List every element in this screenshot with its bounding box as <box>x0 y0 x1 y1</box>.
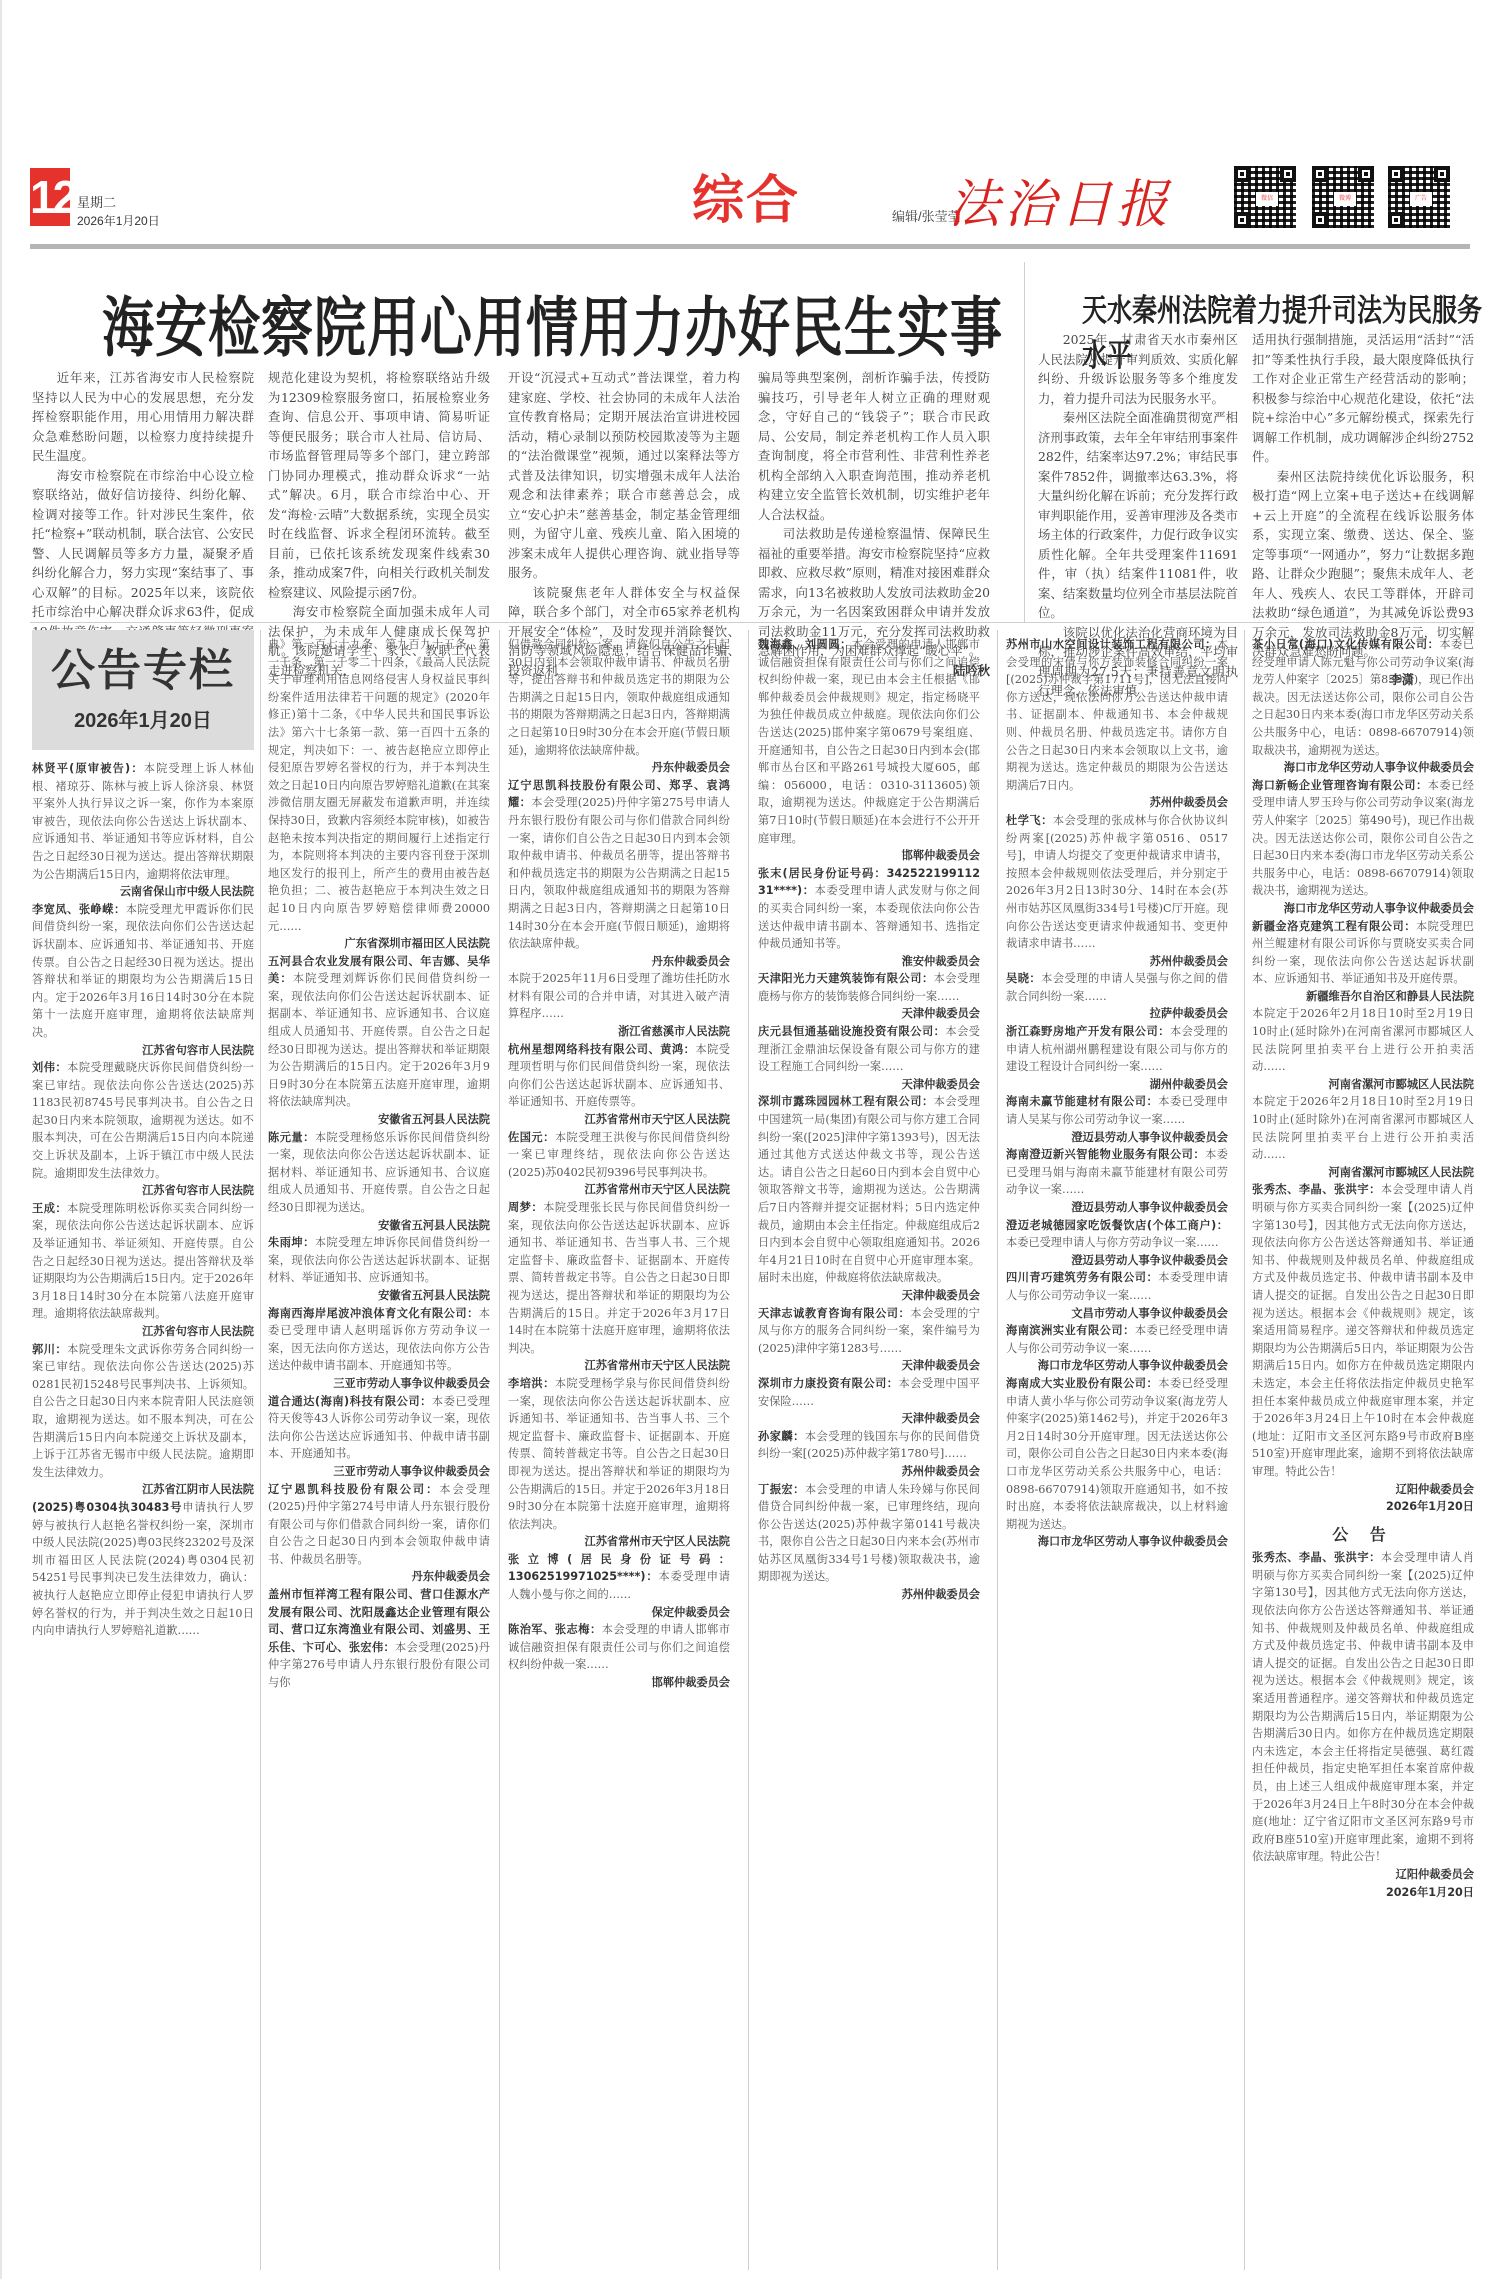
notice-item: 公 告张秀杰、李晶、张洪宇：本会受理申请人肖明硕与你方买卖合同纠纷一案【(202… <box>1252 1526 1474 1901</box>
notice-item: 本院定于2026年2月18日10时至2月19日10时止(延时除外)在河南省漯河市… <box>1252 1093 1474 1181</box>
notice-item: 深圳市露珠园园林工程有限公司：本会受理中国建筑一局(集团)有限公司与你方建工合同… <box>758 1093 980 1304</box>
notice-item: 海南未赢节能建材有限公司：本委已受理申请人吴某与你公司劳动争议一案……澄迈县劳动… <box>1006 1093 1228 1146</box>
notice-item: 张立博(居民身份证号码：13062519971025****)：本委受理申请人魏… <box>508 1551 730 1621</box>
notice-signer: 保定仲裁委员会 <box>508 1604 730 1622</box>
notice-item: 海南澄迈新兴智能物业服务有限公司：本委已受理马娟与海南未赢节能建材有限公司劳动争… <box>1006 1146 1228 1216</box>
notice-item: 李宽凤、张峥嵘：本院受理尤甲霞诉你们民间借贷纠纷一案，现依法向你们公告送达起诉状… <box>32 901 254 1059</box>
notice-addressee: 郭川： <box>32 1343 67 1356</box>
notice-signer: 江苏省句容市人民法院 <box>32 1323 254 1341</box>
notice-item: 周梦：本院受理张长民与你民间借贷纠纷一案，现依法向你公告送达起诉状副本、应诉通知… <box>508 1199 730 1375</box>
notice-signer: 海口市龙华区劳动人事争议仲裁委员会 <box>1006 1533 1228 1551</box>
notice-signer: 江苏省常州市天宁区人民法院 <box>508 1533 730 1551</box>
notice-column: 们借款合同纠纷一案，请你们自公告之日起30日内到本会领取仲裁申请书、仲裁员名册等… <box>508 636 730 1692</box>
notice-addressee: 林贤平(原审被告)： <box>32 762 144 775</box>
notice-body: 本院定于2026年2月18日10时至2月19日10时止(延时除外)在河南省漯河市… <box>1252 1007 1474 1073</box>
notice-signer: 安徽省五河县人民法院 <box>268 1287 490 1305</box>
notice-date: 2026年1月20日 <box>1252 1498 1474 1516</box>
notice-signer: 江苏省常州市天宁区人民法院 <box>508 1111 730 1129</box>
paragraph: 秦州区法院持续优化诉讼服务，积极打造“网上立案+电子送达+在线调解+云上开庭”的… <box>1252 467 1474 662</box>
paragraph: 近年来，江苏省海安市人民检察院坚持以人民为中心的发展思想，充分发挥检察职能作用，… <box>32 368 254 466</box>
notice-body: 本会受理的申请人朱玲娣与你民间借贷合同纠纷仲裁一案，已审理终结，现向你公告送达(… <box>758 1483 980 1584</box>
section-divider <box>30 622 1474 623</box>
notice-item: (2025)粤0304执30483号申请执行人罗婷与被执行人赵艳名誉权纠纷一案，… <box>32 1499 254 1640</box>
paragraph: 规范化建设为契机，将检察联络站升级为12309检察服务窗口，拓展检察业务查询、信… <box>268 368 490 602</box>
notice-signer: 广东省深圳市福田区人民法院 <box>268 935 490 953</box>
notice-body: 本院受理戴晓庆诉你民间借贷纠纷一案已审结。现依法向你公告送达(2025)苏118… <box>32 1061 254 1180</box>
notice-item: 魏海鑫、刘圆圆：本会受理的申请人邯郸市诚信融资担保有限责任公司与你们之间追偿权纠… <box>758 636 980 865</box>
notice-signer: 辽阳仲裁委员会 <box>1252 1866 1474 1884</box>
notice-signer: 苏州仲裁委员会 <box>1006 953 1228 971</box>
notice-body: 本院受理刘辉诉你们民间借贷纠纷一案，现依法向你们公告送达起诉状副本、证据副本、举… <box>268 972 490 1108</box>
notice-item: 五河县合农业发展有限公司、年吉娜、吴华美：本院受理刘辉诉你们民间借贷纠纷一案，现… <box>268 953 490 1129</box>
notice-body: 本会受理中国建筑一局(集团)有限公司与你方建工合同纠纷一案([2025]津仲字第… <box>758 1095 980 1284</box>
notice-signer: 文昌市劳动人事争议仲裁委员会 <box>1006 1305 1228 1323</box>
notice-body: 本院定于2026年2月18日10时至2月19日10时止(延时除外)在河南省漯河市… <box>1252 1095 1474 1161</box>
notice-addressee: 辽宁恩凯科技股份有限公司： <box>268 1483 439 1496</box>
notice-body: 本院受理杨学泉与你民间借贷纠纷一案，现依法向你公告送达起诉状副本、应诉通知书、举… <box>508 1377 730 1531</box>
section-title: 综合 <box>692 158 800 233</box>
notice-item: 杭州星想网络科技有限公司、黄鸿：本院受理项哲明与你们民间借贷纠纷一案，现依法向你… <box>508 1041 730 1129</box>
announcement-date: 2026年1月20日 <box>32 704 254 733</box>
notice-signer: 丹东仲裁委员会 <box>268 1568 490 1586</box>
notice-signer: 河南省漯河市郾城区人民法院 <box>1252 1076 1474 1094</box>
notice-item: 们借款合同纠纷一案，请你们自公告之日起30日内到本会领取仲裁申请书、仲裁员名册等… <box>508 636 730 777</box>
main-article-col-4: 骗局等典型案例，剖析诈骗手法，传授防骗技巧，引导老年人树立正确的理财观念，守好自… <box>758 368 990 680</box>
notice-addressee: 李培洪： <box>508 1377 555 1390</box>
notice-addressee: 深圳市力康投资有限公司： <box>758 1377 899 1390</box>
notice-body: 本院于2025年11月6日受理了潍坊佳托防水材料有限公司的合并申请，对其进入破产… <box>508 972 730 1020</box>
notice-signer: 天津仲裁委员会 <box>758 1076 980 1094</box>
qr-label: 广告 <box>1410 192 1432 206</box>
notice-addressee: 四川青巧建筑劳务有限公司： <box>1006 1271 1158 1284</box>
notice-item: 庆元县恒通基础设施投资有限公司：本会受理浙江金鼎油坛保设备有限公司与你方的建设工… <box>758 1023 980 1093</box>
notice-signer: 浙江省慈溪市人民法院 <box>508 1023 730 1041</box>
notice-signer: 苏州仲裁委员会 <box>758 1586 980 1604</box>
notice-item: 苏州市山水空间设计装饰工程有限公司：本会受理的宋倩与你方装饰装修合同纠纷一案[(… <box>1006 636 1228 812</box>
notice-item: 盖州市恒祥湾工程有限公司、营口佳源水产发展有限公司、沈阳晟鑫达企业管理有限公司、… <box>268 1586 490 1692</box>
notice-item: 林贤平(原审被告)：本院受理上诉人林仙根、褚琼芬、陈林与被上诉人徐济泉、林贤平案… <box>32 760 254 901</box>
notice-addressee: 海南西海岸尾波冲浪体育文化有限公司： <box>268 1307 479 1320</box>
masthead-logo: 法治日报 <box>948 162 1172 237</box>
qr-label: 微信 <box>1256 192 1278 206</box>
notice-signer: 邯郸仲裁委员会 <box>758 847 980 865</box>
qr-code-icon[interactable]: 微博 <box>1310 164 1376 230</box>
notice-item: 郭川：本院受理朱文武诉你劳务合同纠纷一案已审结。现依法向你公告送达(2025)苏… <box>32 1341 254 1499</box>
notice-addressee: 海南滨洲实业有限公司： <box>1006 1324 1135 1337</box>
column-divider <box>260 630 261 2270</box>
notice-date: 2026年1月20日 <box>1252 1884 1474 1902</box>
notice-body: 本委已经受理申请人陈元魁与你公司劳动争议案(海龙劳人仲案字〔2025〕第859号… <box>1252 638 1474 757</box>
notice-item: 海南西海岸尾波冲浪体育文化有限公司：本委已受理申请人赵明瑶诉你方劳动争议一案，因… <box>268 1305 490 1393</box>
notice-addressee: 茶小日常(海口)文化传媒有限公司： <box>1252 638 1439 651</box>
main-headline: 海安检察院用心用情用力办好民生实事 <box>102 275 1003 369</box>
notice-item: 澄迈老城德园家吃饭餐饮店(个体工商户)：本委已受理申请人与你方劳动争议一案……澄… <box>1006 1217 1228 1270</box>
notice-addressee: 陈治军、张志梅： <box>508 1623 602 1636</box>
notice-addressee: 海南未赢节能建材有限公司： <box>1006 1095 1158 1108</box>
notice-item: 辽宁思凯科技股份有限公司、郑孚、袁鸿耀：本会受理(2025)丹仲字第275号申请… <box>508 777 730 971</box>
notice-item: 陈治军、张志梅：本会受理的申请人邯郸市诚信融资担保有限责任公司与你们之间追偿权纠… <box>508 1621 730 1691</box>
notice-signer: 河南省漯河市郾城区人民法院 <box>1252 1164 1474 1182</box>
notice-item: 茶小日常(海口)文化传媒有限公司：本委已经受理申请人陈元魁与你公司劳动争议案(海… <box>1252 636 1474 777</box>
main-article-col-2: 规范化建设为契机，将检察联络站升级为12309检察服务窗口，拓展检察业务查询、信… <box>268 368 490 680</box>
notice-signer: 天津仲裁委员会 <box>758 1287 980 1305</box>
announcement-column-header: 公告专栏 2026年1月20日 <box>32 630 254 750</box>
notice-signer: 澄迈县劳动人事争议仲裁委员会 <box>1006 1252 1228 1270</box>
column-divider <box>1244 630 1245 2270</box>
notice-addressee: 丁振宏： <box>758 1483 805 1496</box>
notice-signer: 丹东仲裁委员会 <box>508 759 730 777</box>
notice-addressee: 道合通达(海南)科技有限公司： <box>268 1395 432 1408</box>
notice-signer: 天津仲裁委员会 <box>758 1410 980 1428</box>
notice-item: 本院定于2026年2月18日10时至2月19日10时止(延时除外)在河南省漯河市… <box>1252 1005 1474 1093</box>
notice-addressee: 张秀杰、李晶、张洪宇： <box>1252 1551 1381 1564</box>
column-divider <box>499 630 500 2270</box>
weekday: 星期二 <box>77 192 116 211</box>
notice-body: 申请执行人罗婷与被执行人赵艳名誉权纠纷一案，深圳市中级人民法院(2025)粤03… <box>32 1501 254 1637</box>
notice-item: 道合通达(海南)科技有限公司：本委已受理符天俊等43人诉你公司劳动争议一案，现依… <box>268 1393 490 1481</box>
notice-signer: 湖州仲裁委员会 <box>1006 1076 1228 1094</box>
notice-signer: 江苏省句容市人民法院 <box>32 1042 254 1060</box>
notice-item: 佐国元：本院受理王洪俊与你民间借贷纠纷一案已审理终结，现依法向你公告送达(202… <box>508 1129 730 1199</box>
notice-addressee: 王成： <box>32 1202 67 1215</box>
notice-addressee: 浙江森野房地产开发有限公司： <box>1006 1025 1170 1038</box>
notice-signer: 苏州仲裁委员会 <box>1006 794 1228 812</box>
column-divider <box>997 630 998 2270</box>
notice-item: 吴晓：本会受理的申请人吴强与你之间的借款合同纠纷一案……拉萨仲裁委员会 <box>1006 970 1228 1023</box>
notice-addressee: 苏州市山水空间设计装饰工程有限公司： <box>1006 638 1217 651</box>
paragraph: 开设“沉浸式+互动式”普法课堂，着力构建家庭、学校、社会协同的未成年人法治宣传教… <box>508 368 740 583</box>
notice-addressee: 澄迈老城德园家吃饭餐饮店(个体工商户)： <box>1006 1219 1228 1232</box>
page-number: 12 <box>30 168 70 226</box>
notice-item: 海南成大实业股份有限公司：本委已经受理申请人黄小华与你公司劳动争议案(海龙劳人仲… <box>1006 1375 1228 1551</box>
notice-signer: 安徽省五河县人民法院 <box>268 1217 490 1235</box>
qr-label: 微博 <box>1334 192 1356 206</box>
notice-addressee: 天津志诚教育咨询有限公司： <box>758 1307 910 1320</box>
qr-code-icon[interactable]: 微信 <box>1232 164 1298 230</box>
notice-addressee: 佐国元： <box>508 1131 555 1144</box>
main-article-col-3: 开设“沉浸式+互动式”普法课堂，着力构建家庭、学校、社会协同的未成年人法治宣传教… <box>508 368 740 680</box>
notice-signer: 三亚市劳动人事争议仲裁委员会 <box>268 1375 490 1393</box>
notice-signer: 江苏省江阴市人民法院 <box>32 1481 254 1499</box>
notice-signer: 拉萨仲裁委员会 <box>1006 1005 1228 1023</box>
notice-addressee: 天津阳光力天建筑装饰有限公司： <box>758 972 934 985</box>
notice-body: 们借款合同纠纷一案，请你们自公告之日起30日内到本会领取仲裁申请书、仲裁员名册等… <box>508 638 730 757</box>
notice-item: 本院于2025年11月6日受理了潍坊佳托防水材料有限公司的合并申请，对其进入破产… <box>508 970 730 1040</box>
notice-addressee: 庆元县恒通基础设施投资有限公司： <box>758 1025 945 1038</box>
notice-item: 辽宁恩凯科技股份有限公司：本会受理(2025)丹仲字第274号申请人丹东银行股份… <box>268 1481 490 1587</box>
notice-addressee: (2025)粤0304执30483号 <box>32 1501 182 1514</box>
notice-addressee: 海口新畅企业管理咨询有限公司： <box>1252 779 1428 792</box>
notice-signer: 淮安仲裁委员会 <box>758 953 980 971</box>
qr-code-icon[interactable]: 广告 <box>1386 164 1452 230</box>
notice-addressee: 杭州星想网络科技有限公司、黄鸿： <box>508 1043 695 1056</box>
notice-item: 新疆金洛克建筑工程有限公司：本院受理巴州兰鲲建材有限公司诉你与贾晓安买卖合同纠纷… <box>1252 918 1474 1006</box>
paragraph: 适用执行强制措施，灵活运用“活封”“活扣”等柔性执行手段，最大限度降低执行工作对… <box>1252 330 1474 467</box>
notice-addressee: 新疆金洛克建筑工程有限公司： <box>1252 920 1416 933</box>
paragraph: 秦州区法院全面准确贯彻宽严相济刑事政策，去年全年审结刑事案件282件，结案率达9… <box>1038 408 1238 623</box>
notice-signer: 澄迈县劳动人事争议仲裁委员会 <box>1006 1199 1228 1217</box>
newspaper-page: 12 星期二 2026年1月20日 综合 编辑/张莹莹 法治日报 微信 微博 广… <box>0 0 1500 2279</box>
notice-column: 苏州市山水空间设计装饰工程有限公司：本会受理的宋倩与你方装饰装修合同纠纷一案[(… <box>1006 636 1228 1551</box>
notice-body: 本会受理申请人肖明硕与你方买卖合同纠纷一案【(2025)辽仲字第130号】，因其… <box>1252 1183 1474 1478</box>
notice-item: 陈元量：本院受理杨悠乐诉你民间借贷纠纷一案，现依法向你公告送达起诉状副本、证据材… <box>268 1129 490 1235</box>
notice-body: 本会受理申请人肖明硕与你方买卖合同纠纷一案【(2025)辽仲字第130号】，因其… <box>1252 1551 1474 1863</box>
notice-addressee: 朱雨坤： <box>268 1236 315 1249</box>
notice-item: 李培洪：本院受理杨学泉与你民间借贷纠纷一案，现依法向你公告送达起诉状副本、应诉通… <box>508 1375 730 1551</box>
notice-signer: 安徽省五河县人民法院 <box>268 1111 490 1129</box>
column-divider <box>1024 262 1025 622</box>
notice-column: 典》第一百七十九条、第九百九十五条、第一千条、第一千零二十四条，《最高人民法院关… <box>268 636 490 1692</box>
notice-signer: 苏州仲裁委员会 <box>758 1463 980 1481</box>
paragraph: 2025年，甘肃省天水市秦州区人民法院从提升审判质效、实质化解纠纷、升级诉讼服务… <box>1038 330 1238 408</box>
notice-column: 林贤平(原审被告)：本院受理上诉人林仙根、褚琼芬、陈林与被上诉人徐济泉、林贤平案… <box>32 760 254 1640</box>
notice-item: 张秀杰、李晶、张洪宇：本会受理申请人肖明硕与你方买卖合同纠纷一案【(2025)辽… <box>1252 1181 1474 1515</box>
notice-column: 茶小日常(海口)文化传媒有限公司：本委已经受理申请人陈元魁与你公司劳动争议案(海… <box>1252 636 1474 1901</box>
notice-body: 本委已经受理申请人黄小华与你公司劳动争议案(海龙劳人仲案字(2025)第1462… <box>1006 1377 1228 1531</box>
notice-body: 本院受理朱文武诉你劳务合同纠纷一案已审结。现依法向你公告送达(2025)苏028… <box>32 1343 254 1479</box>
notice-signer: 新疆维吾尔自治区和静县人民法院 <box>1252 988 1474 1006</box>
notice-signer: 澄迈县劳动人事争议仲裁委员会 <box>1006 1129 1228 1147</box>
notice-body: 本委已经受理申请人罗玉玲与你公司劳动争议案(海龙劳人仲案字〔2025〕第490号… <box>1252 779 1474 898</box>
notice-item: 海口新畅企业管理咨询有限公司：本委已经受理申请人罗玉玲与你公司劳动争议案(海龙劳… <box>1252 777 1474 918</box>
notice-item: 四川青巧建筑劳务有限公司：本委受理申请人与你公司劳动争议一案……文昌市劳动人事争… <box>1006 1269 1228 1322</box>
notice-signer: 江苏省常州市天宁区人民法院 <box>508 1181 730 1199</box>
notice-signer: 辽阳仲裁委员会 <box>1252 1481 1474 1499</box>
notice-body: 本会受理的申请人邯郸市诚信融资担保有限责任公司与你们之间追偿权纠纷仲裁一案，现已… <box>758 638 980 845</box>
notice-addressee: 张秀杰、李晶、张洪宇： <box>1252 1183 1381 1196</box>
notice-addressee: 杜学飞： <box>1006 814 1053 827</box>
notice-heading: 公 告 <box>1252 1526 1474 1544</box>
notice-item: 张末(居民身份证号码：342522199112​31****)：本委受理申请人武… <box>758 865 980 971</box>
notice-signer: 海口市龙华区劳动人事争议仲裁委员会 <box>1006 1357 1228 1375</box>
notice-addressee: 吴晓： <box>1006 972 1041 985</box>
notice-addressee: 陈元量： <box>268 1131 315 1144</box>
notice-signer: 江苏省句容市人民法院 <box>32 1182 254 1200</box>
notice-item: 浙江森野房地产开发有限公司：本会受理的申请人杭州湖州鹏程建设有限公司与你方的建设… <box>1006 1023 1228 1093</box>
notice-addressee: 魏海鑫、刘圆圆： <box>758 638 852 651</box>
notice-body: 本院受理上诉人林仙根、褚琼芬、陈林与被上诉人徐济泉、林贤平案外人执行异议之诉一案… <box>32 762 254 881</box>
notice-signer: 江苏省常州市天宁区人民法院 <box>508 1357 730 1375</box>
notice-addressee: 海南澄迈新兴智能物业服务有限公司： <box>1006 1148 1205 1161</box>
notice-addressee: 周梦： <box>508 1201 543 1214</box>
notice-item: 王成：本院受理陈明松诉你买卖合同纠纷一案，现依法向你公告送达起诉状副本、应诉及举… <box>32 1200 254 1341</box>
notice-body: 本院受理张长民与你民间借贷纠纷一案，现依法向你公告送达起诉状副本、应诉通知书、举… <box>508 1201 730 1355</box>
notice-item: 海南滨洲实业有限公司：本委已经受理申请人与你公司劳动争议一案……海口市龙华区劳动… <box>1006 1322 1228 1375</box>
notice-addressee: 孙家麟： <box>758 1430 805 1443</box>
notice-signer: 海口市龙华区劳动人事争议仲裁委员会 <box>1252 900 1474 918</box>
paragraph: 骗局等典型案例，剖析诈骗手法，传授防骗技巧，引导老年人树立正确的理财观念，守好自… <box>758 368 990 524</box>
notice-body: 典》第一百七十九条、第九百九十五条、第一千条、第一千零二十四条，《最高人民法院关… <box>268 638 490 933</box>
notice-item: 天津阳光力天建筑装饰有限公司：本会受理鹿杨与你方的装饰装修合同纠纷一案……天津仲… <box>758 970 980 1023</box>
notice-body: 本会受理的张成林与你合伙协议纠纷两案[(2025)苏仲裁字第0516、0517号… <box>1006 814 1228 950</box>
notice-signer: 云南省保山市中级人民法院 <box>32 883 254 901</box>
notice-body: 本会受理的宋倩与你方装饰装修合同纠纷一案[(2025)苏仲裁字第1711号]，因… <box>1006 638 1228 792</box>
notice-item: 朱雨坤：本院受理左坤诉你民间借贷纠纷一案，现依法向你公告送达起诉状副本、证据材料… <box>268 1234 490 1304</box>
notice-signer: 邯郸仲裁委员会 <box>508 1674 730 1692</box>
page-header: 12 星期二 2026年1月20日 综合 编辑/张莹莹 法治日报 微信 微博 广… <box>30 164 1470 244</box>
notice-body: 本院受理尤甲霞诉你们民间借贷纠纷一案，现依法向你们公告送达起诉状副本、应诉通知书… <box>32 903 254 1039</box>
notice-signer: 丹东仲裁委员会 <box>508 953 730 971</box>
notice-body: 本委已受理申请人与你方劳动争议一案…… <box>1006 1236 1219 1249</box>
notice-item: 杜学飞：本会受理的张成林与你合伙协议纠纷两案[(2025)苏仲裁字第0516、0… <box>1006 812 1228 970</box>
publication-date: 2026年1月20日 <box>77 212 160 229</box>
notice-signer: 海口市龙华区劳动人事争议仲裁委员会 <box>1252 759 1474 777</box>
notice-item: 深圳市力康投资有限公司：本会受理中国平安保险……天津仲裁委员会 <box>758 1375 980 1428</box>
header-divider <box>30 244 1470 249</box>
notice-item: 刘伟：本院受理戴晓庆诉你民间借贷纠纷一案已审结。现依法向你公告送达(2025)苏… <box>32 1059 254 1200</box>
notice-body: 本会受理(2025)丹仲字第275号申请人丹东银行股份有限公司与你们借款合同纠纷… <box>508 796 730 950</box>
announcement-title: 公告专栏 <box>32 634 254 698</box>
notice-signer: 三亚市劳动人事争议仲裁委员会 <box>268 1463 490 1481</box>
notice-item: 孙家麟：本会受理的钱国东与你的民间借贷纠纷一案[(2025)苏仲裁字第1780号… <box>758 1428 980 1481</box>
notice-item: 典》第一百七十九条、第九百九十五条、第一千条、第一千零二十四条，《最高人民法院关… <box>268 636 490 953</box>
notice-item: 天津志诚教育咨询有限公司：本会受理的宁凤与你方的服务合同纠纷一案，案件编号为(2… <box>758 1305 980 1375</box>
notice-signer: 天津仲裁委员会 <box>758 1005 980 1023</box>
notice-column: 魏海鑫、刘圆圆：本会受理的申请人邯郸市诚信融资担保有限责任公司与你们之间追偿权纠… <box>758 636 980 1604</box>
column-divider <box>748 630 749 2270</box>
notice-item: 丁振宏：本会受理的申请人朱玲娣与你民间借贷合同纠纷仲裁一案，已审理终结，现向你公… <box>758 1481 980 1604</box>
notice-addressee: 刘伟： <box>32 1061 67 1074</box>
notice-signer: 天津仲裁委员会 <box>758 1357 980 1375</box>
notice-addressee: 李宽凤、张峥嵘： <box>32 903 126 916</box>
notice-body: 本院受理陈明松诉你买卖合同纠纷一案，现依法向你公告送达起诉状副本、应诉及举证通知… <box>32 1202 254 1321</box>
notice-addressee: 深圳市露珠园园林工程有限公司： <box>758 1095 934 1108</box>
notice-addressee: 海南成大实业股份有限公司： <box>1006 1377 1158 1390</box>
